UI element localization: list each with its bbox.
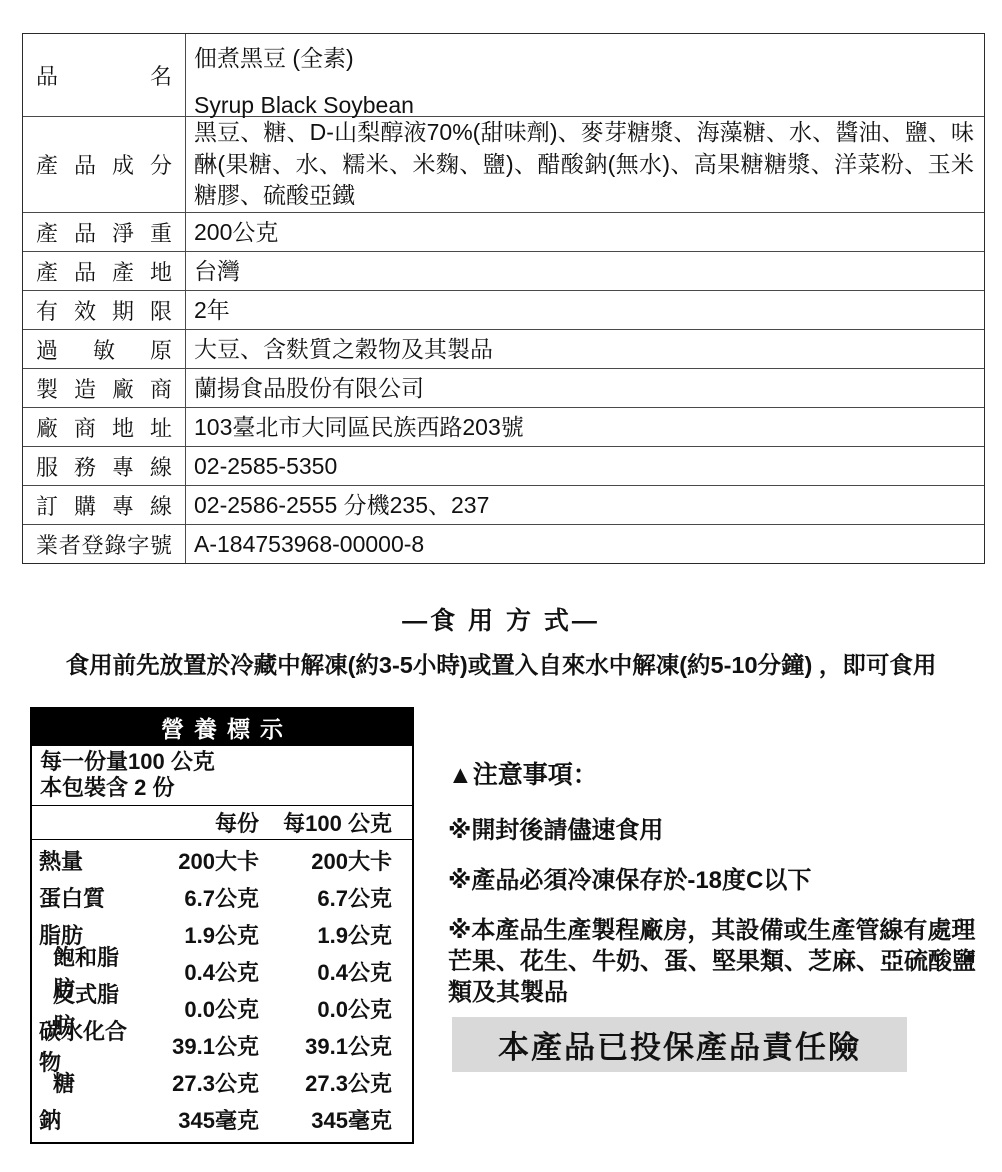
per-serving-value: 0.0公克 [139,993,259,1024]
notice-section: ▲注意事項： ※開封後請儘速食用 ※產品必須冷凍保存於-18度C以下 ※本產品生… [448,755,993,1008]
nutrition-row-sodium: 鈉 345毫克 345毫克 [32,1101,412,1138]
row-label-allergens: 過敏原 [23,330,186,368]
table-row-shelf-life: 有效期限 2年 [23,290,984,329]
per-100g-value: 6.7公克 [259,882,392,913]
table-row-ingredients: 產品成分 黑豆、糖、D-山梨醇液70%(甜味劑)、麥芽糖漿、海藻糖、水、醬油、鹽… [23,116,984,212]
ingredients-value: 黑豆、糖、D-山梨醇液70%(甜味劑)、麥芽糖漿、海藻糖、水、醬油、鹽、味醂(果… [186,117,984,212]
row-label-service-line: 服務專線 [23,447,186,485]
table-row-allergens: 過敏原 大豆、含麩質之穀物及其製品 [23,329,984,368]
table-row-address: 廠商地址 103臺北市大同區民族西路203號 [23,407,984,446]
per-100g-value: 345毫克 [259,1104,392,1135]
row-label-text: 廠商地址 [36,412,172,443]
order-line-value: 02-2586-2555 分機235、237 [186,486,984,524]
nutrient-name: 熱量 [32,845,139,876]
row-label-net-weight: 產品淨重 [23,213,186,251]
nutrition-row-sugar: 糖 27.3公克 27.3公克 [32,1064,412,1101]
table-row-order-line: 訂購專線 02-2586-2555 分機235、237 [23,485,984,524]
per-100g-value: 0.0公克 [259,993,392,1024]
per-serving-value: 0.4公克 [139,956,259,987]
row-label-registration-number: 業者登錄字號 [23,525,186,563]
nutrition-facts-table: 營養標示 每一份量100 公克 本包裝含 2 份 每份 每100 公克 熱量 2… [30,707,414,1144]
per-100g-value: 27.3公克 [259,1067,392,1098]
table-row-manufacturer: 製造廠商 蘭揚食品股份有限公司 [23,368,984,407]
per-100g-value: 39.1公克 [259,1030,392,1061]
row-label-origin: 產品產地 [23,252,186,290]
nutrition-title: 營養標示 [32,709,412,746]
column-header-per-100g: 每100 公克 [259,807,392,838]
per-serving-value: 200大卡 [139,845,259,876]
notice-title: ▲注意事項： [448,755,993,791]
insurance-text: 本產品已投保產品責任險 [498,1022,861,1067]
nutrient-name: 蛋白質 [32,882,139,913]
usage-section-title: —食 用 方 式— [0,601,1002,637]
row-label-text: 業者登錄字號 [36,529,172,560]
row-label-manufacturer: 製造廠商 [23,369,186,407]
per-100g-value: 0.4公克 [259,956,392,987]
nutrition-row-calories: 熱量 200大卡 200大卡 [32,842,412,879]
row-label-text: 產品產地 [36,256,172,287]
row-label-text: 過敏原 [36,334,172,365]
nutrition-column-headers: 每份 每100 公克 [32,806,412,840]
table-row-origin: 產品產地 台灣 [23,251,984,290]
per-serving-value: 1.9公克 [139,919,259,950]
nutrition-serving-info: 每一份量100 公克 本包裝含 2 份 [32,746,412,806]
origin-value: 台灣 [186,252,984,290]
nutrition-row-protein: 蛋白質 6.7公克 6.7公克 [32,879,412,916]
row-label-text: 有效期限 [36,295,172,326]
serving-size: 每一份量100 公克 [40,749,404,775]
column-header-per-serving: 每份 [139,807,259,838]
table-row-registration-number: 業者登錄字號 A-184753968-00000-8 [23,524,984,563]
address-value: 103臺北市大同區民族西路203號 [186,408,984,446]
shelf-life-value: 2年 [186,291,984,329]
net-weight-value: 200公克 [186,213,984,251]
product-liability-insurance-banner: 本產品已投保產品責任險 [452,1017,907,1072]
table-row-product-name: 品名 佃煮黑豆 (全素) Syrup Black Soybean [23,34,984,116]
table-row-net-weight: 產品淨重 200公克 [23,212,984,251]
per-100g-value: 200大卡 [259,845,392,876]
row-label-order-line: 訂購專線 [23,486,186,524]
row-label-text: 訂購專線 [36,490,172,521]
manufacturer-value: 蘭揚食品股份有限公司 [186,369,984,407]
row-label-ingredients: 產品成分 [23,117,186,212]
servings-per-package: 本包裝含 2 份 [40,775,404,801]
per-serving-value: 6.7公克 [139,882,259,913]
row-label-shelf-life: 有效期限 [23,291,186,329]
table-row-service-line: 服務專線 02-2585-5350 [23,446,984,485]
row-label-text: 產品成分 [36,149,172,180]
row-label-product-name: 品名 [23,34,186,116]
per-serving-value: 345毫克 [139,1104,259,1135]
service-line-value: 02-2585-5350 [186,447,984,485]
row-label-text: 品名 [36,60,172,91]
nutrition-row-carbohydrate: 碳水化合物 39.1公克 39.1公克 [32,1027,412,1064]
usage-instructions: 食用前先放置於冷藏中解凍(約3-5小時)或置入自來水中解凍(約5-10分鐘) ，… [0,646,1002,680]
notice-item: ※開封後請儘速食用 [448,815,993,846]
notice-item: ※本產品生產製程廠房，其設備或生產管線有處理芒果、花生、牛奶、蛋、堅果類、芝麻、… [448,915,993,1008]
row-label-text: 製造廠商 [36,373,172,404]
row-value-product-name: 佃煮黑豆 (全素) Syrup Black Soybean [186,34,984,116]
product-spec-table: 品名 佃煮黑豆 (全素) Syrup Black Soybean 產品成分 黑豆… [22,33,985,564]
allergens-value: 大豆、含麩質之穀物及其製品 [186,330,984,368]
nutrient-name: 鈉 [32,1104,139,1135]
nutrient-name: 糖 [32,1067,139,1098]
row-label-address: 廠商地址 [23,408,186,446]
per-serving-value: 27.3公克 [139,1067,259,1098]
product-name-zh: 佃煮黑豆 (全素) [194,43,974,74]
per-serving-value: 39.1公克 [139,1030,259,1061]
nutrition-rows: 熱量 200大卡 200大卡 蛋白質 6.7公克 6.7公克 脂肪 1.9公克 … [32,840,412,1142]
row-label-text: 服務專線 [36,451,172,482]
row-label-text: 產品淨重 [36,217,172,248]
per-100g-value: 1.9公克 [259,919,392,950]
registration-number-value: A-184753968-00000-8 [186,525,984,563]
notice-item: ※產品必須冷凍保存於-18度C以下 [448,865,993,896]
